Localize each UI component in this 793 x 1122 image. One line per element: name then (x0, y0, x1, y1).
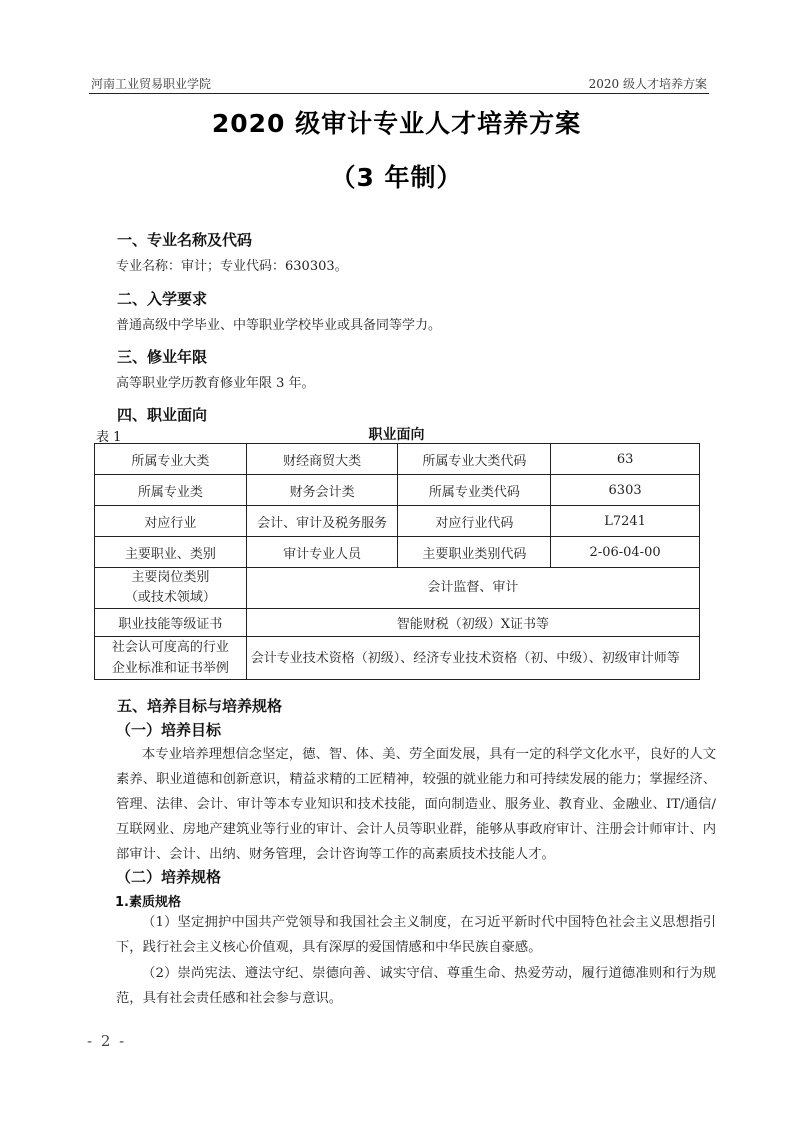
table-row: 所属专业类 财务会计类 所属专业类代码 6303 (95, 475, 700, 506)
section-3-body: 高等职业学历教育修业年限 3 年。 (116, 372, 315, 391)
table-cell: 审计专业人员 (246, 537, 398, 568)
subsection-spec-heading: （二）培养规格 (116, 866, 221, 887)
section-5-heading: 五、培养目标与培养规格 (117, 695, 282, 716)
table-cell: 63 (551, 444, 700, 475)
table-row: 主要职业、类别 审计专业人员 主要职业类别代码 2-06-04-00 (95, 537, 700, 568)
table-cell-label: 职业技能等级证书 (95, 609, 247, 637)
table-cell: 2-06-04-00 (551, 537, 700, 568)
table-row: 职业技能等级证书 智能财税（初级）X证书等 (95, 609, 700, 637)
table-cell: 6303 (551, 475, 700, 506)
section-1-body: 专业名称：审计；专业代码：630303。 (116, 255, 348, 274)
label-line: 主要岗位类别 (99, 568, 242, 588)
section-3-heading: 三、修业年限 (117, 346, 207, 367)
table-row: 主要岗位类别 （或技术领域） 会计监督、审计 (95, 568, 700, 609)
table-cell: 主要职业类别代码 (398, 537, 551, 568)
document-subtitle: （3 年制） (0, 158, 793, 194)
table-cell-value: 会计专业技术资格（初级）、经济专业技术资格（初、中级）、初级审计师等 (246, 637, 699, 680)
table-row: 所属专业大类 财经商贸大类 所属专业大类代码 63 (95, 444, 700, 475)
table-cell: 所属专业类代码 (398, 475, 551, 506)
career-orientation-table: 所属专业大类 财经商贸大类 所属专业大类代码 63 所属专业类 财务会计类 所属… (94, 443, 700, 680)
table-cell-value: 会计监督、审计 (246, 568, 699, 609)
section-2-body: 普通高级中学毕业、中等职业学校毕业或具备同等学力。 (116, 314, 441, 333)
table-cell: 对应行业 (95, 506, 247, 537)
table-row: 对应行业 会计、审计及税务服务 对应行业代码 L7241 (95, 506, 700, 537)
header-doc-title: 2020 级人才培养方案 (589, 75, 707, 92)
table-title: 职业面向 (0, 424, 793, 444)
table-cell: 所属专业大类 (95, 444, 247, 475)
document-title: 2020 级审计专业人才培养方案 (0, 104, 793, 140)
section-4-heading: 四、职业面向 (117, 404, 207, 425)
page-header: 河南工业贸易职业学院 2020 级人才培养方案 (89, 71, 709, 94)
table-cell-value: 智能财税（初级）X证书等 (246, 609, 699, 637)
table-cell: 财务会计类 (246, 475, 398, 506)
table-cell: 所属专业大类代码 (398, 444, 551, 475)
table-cell: 会计、审计及税务服务 (246, 506, 398, 537)
table-cell: 所属专业类 (95, 475, 247, 506)
table-cell: L7241 (551, 506, 700, 537)
table-row: 社会认可度高的行业 企业标准和证书举例 会计专业技术资格（初级）、经济专业技术资… (95, 637, 700, 680)
subsection-goal-heading: （一）培养目标 (116, 719, 221, 740)
quality-spec-item-1: （1）坚定拥护中国共产党领导和我国社会主义制度，在习近平新时代中国特色社会主义思… (116, 910, 716, 960)
goal-paragraph: 本专业培养理想信念坚定，德、智、体、美、劳全面发展，具有一定的科学文化水平，良好… (116, 742, 716, 867)
label-line: 企业标准和证书举例 (99, 658, 242, 679)
label-line: （或技术领域） (99, 588, 242, 608)
section-2-heading: 二、入学要求 (117, 288, 207, 309)
table-cell-label: 社会认可度高的行业 企业标准和证书举例 (95, 637, 247, 680)
section-1-heading: 一、专业名称及代码 (117, 229, 252, 250)
table-cell: 对应行业代码 (398, 506, 551, 537)
header-institution: 河南工业贸易职业学院 (91, 75, 211, 92)
table-cell-label: 主要岗位类别 （或技术领域） (95, 568, 247, 609)
table-cell: 财经商贸大类 (246, 444, 398, 475)
label-line: 社会认可度高的行业 (99, 637, 242, 658)
quality-spec-heading: 1.素质规格 (115, 891, 181, 910)
table-cell: 主要职业、类别 (95, 537, 247, 568)
quality-spec-item-2: （2）崇尚宪法、遵法守纪、崇德向善、诚实守信、尊重生命、热爱劳动，履行道德准则和… (116, 961, 716, 1011)
page-number: - 2 - (87, 1032, 126, 1050)
